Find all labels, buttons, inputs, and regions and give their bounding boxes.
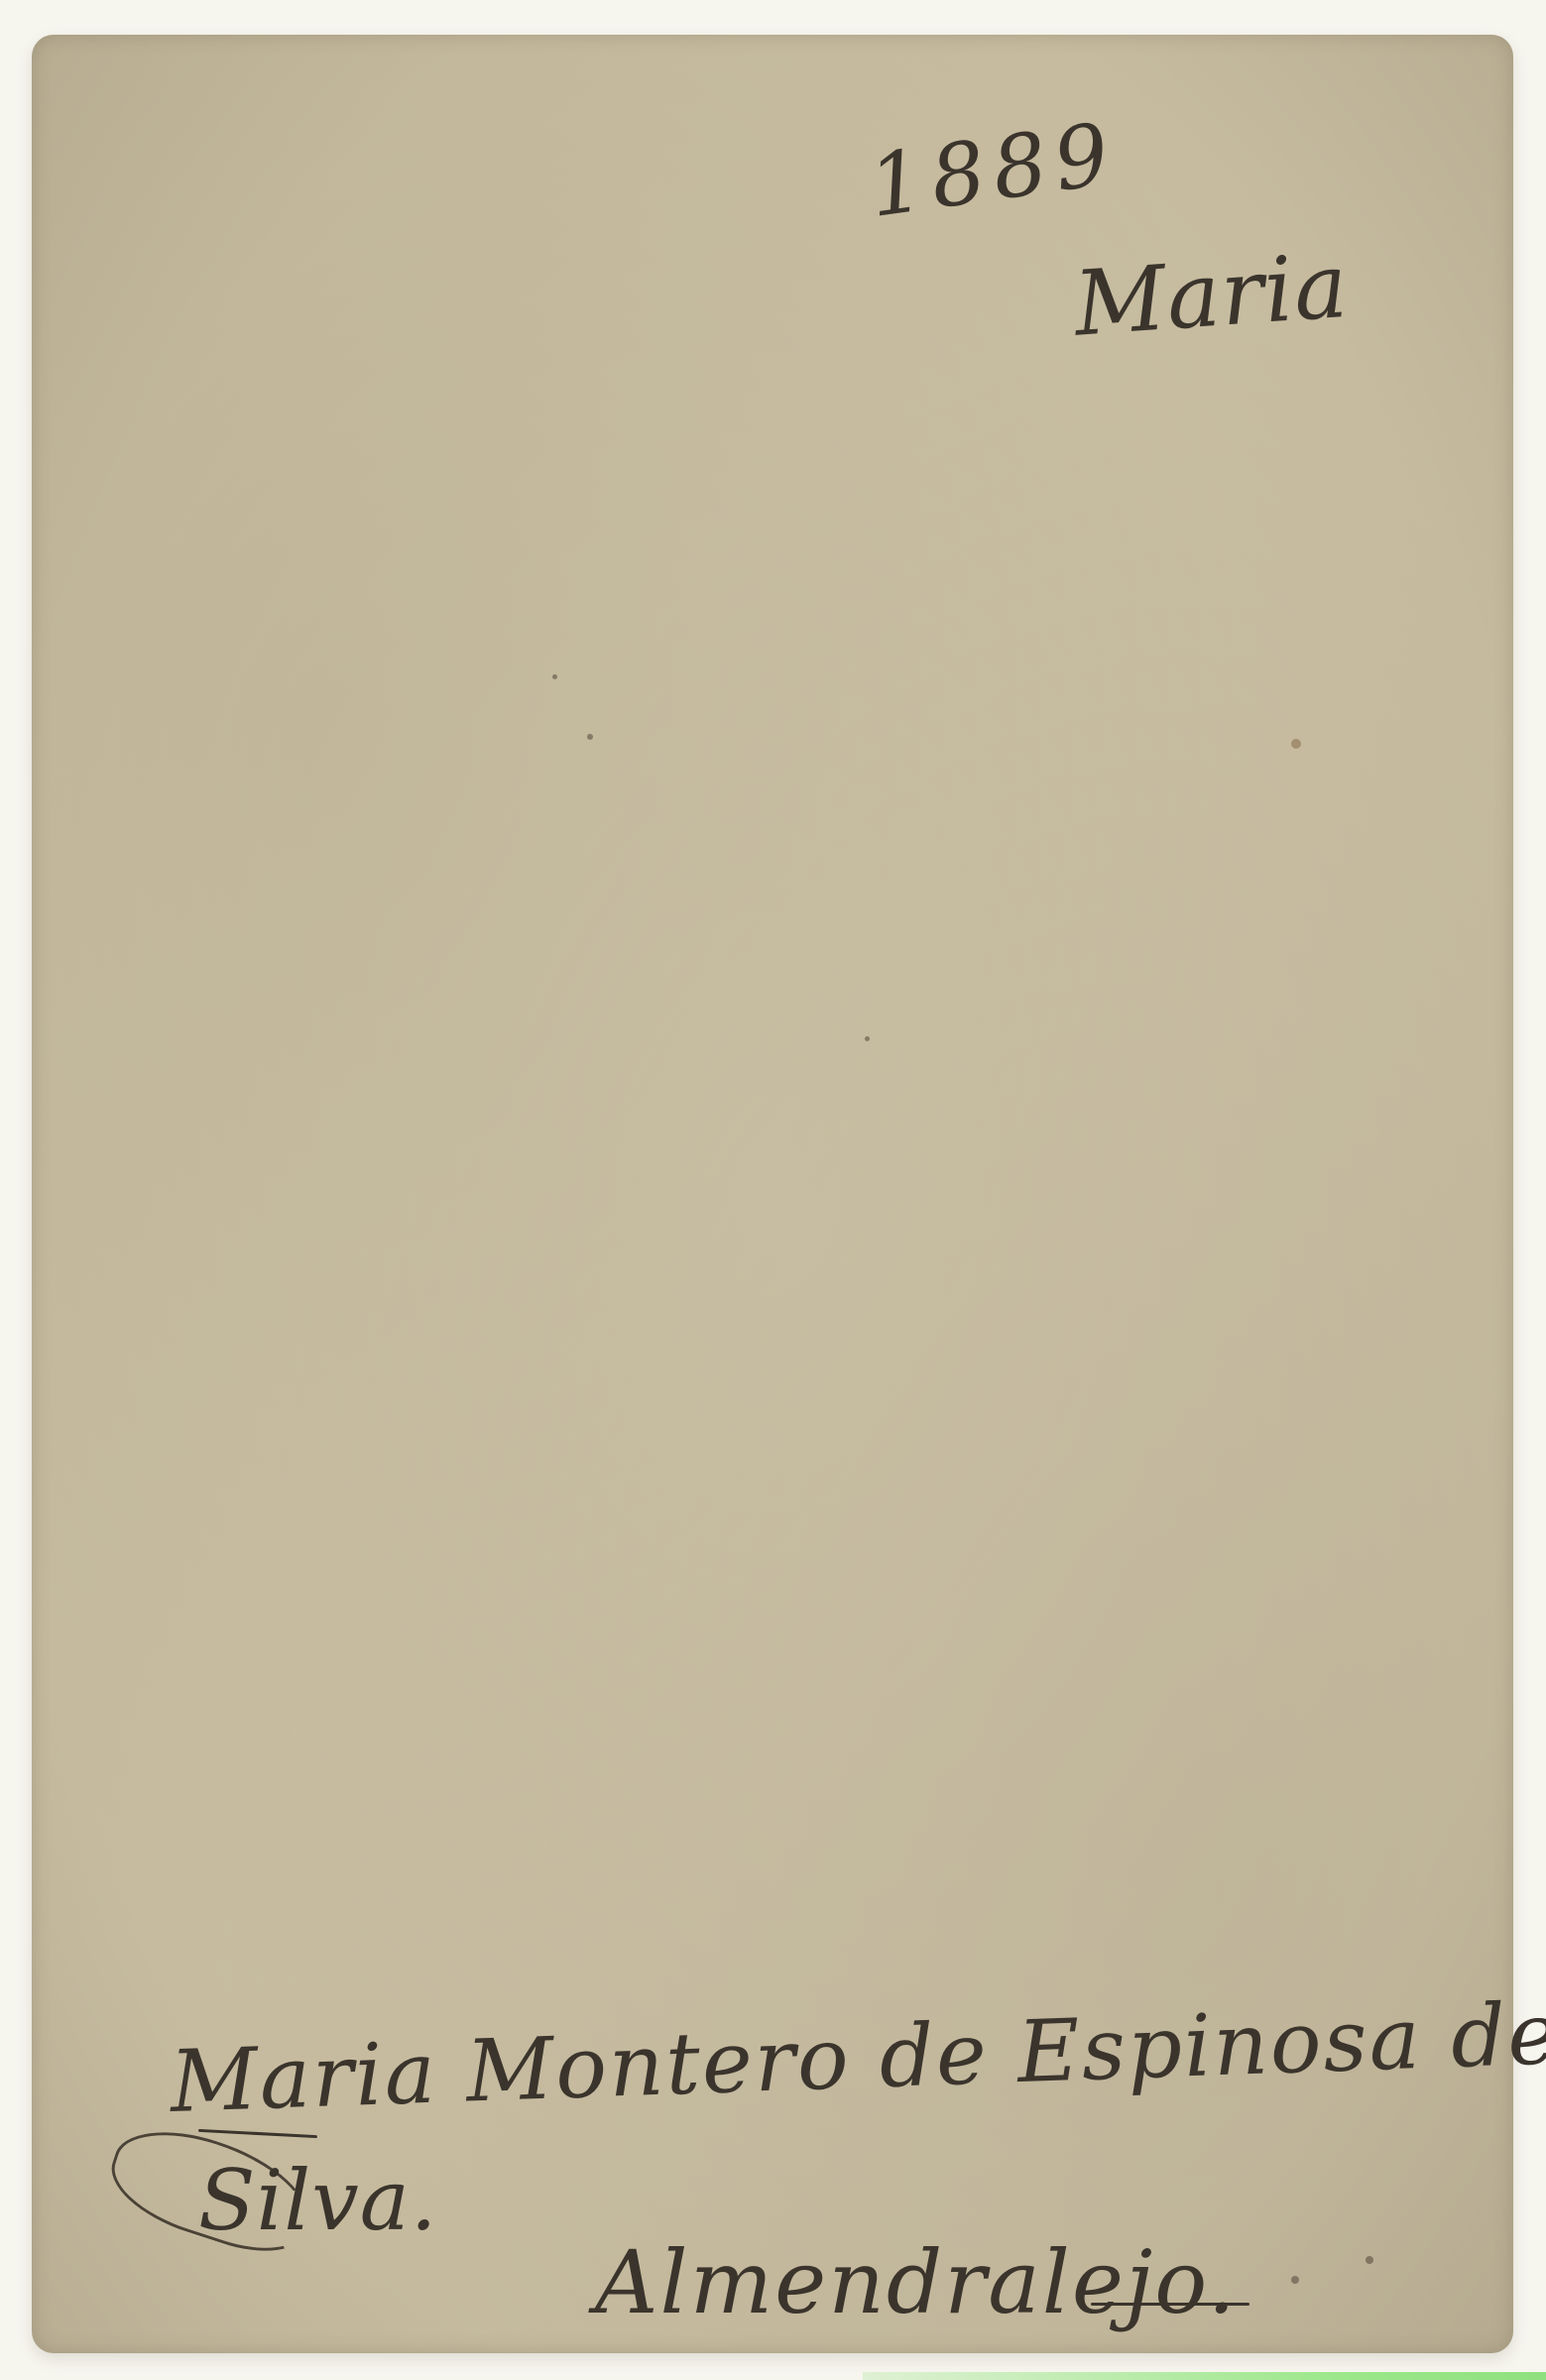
ink-speck — [552, 674, 557, 679]
place-underline — [1091, 2303, 1249, 2306]
ink-speck — [1366, 2256, 1373, 2264]
ink-speck — [1291, 739, 1301, 749]
surname-inscription: Silva. — [198, 2152, 438, 2249]
scan-edge-strip — [863, 2372, 1546, 2380]
ink-speck — [587, 734, 593, 740]
place-inscription: Almendralejo. — [595, 2231, 1238, 2333]
ink-speck — [865, 1036, 870, 1041]
ink-speck — [1291, 2276, 1299, 2284]
name-inscription-top: Maria — [1071, 234, 1352, 357]
